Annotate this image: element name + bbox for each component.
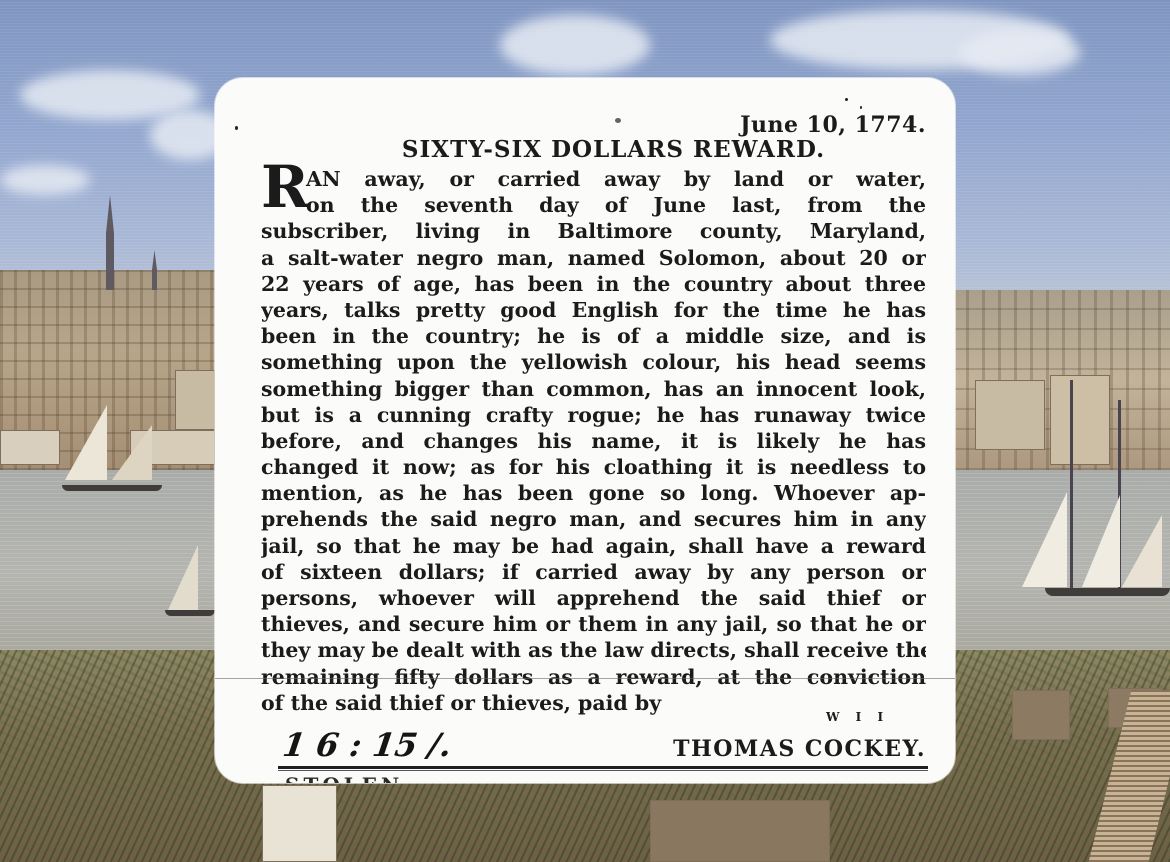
body-line: years, talks pretty good English for the…	[261, 297, 926, 323]
ink-speck	[860, 106, 862, 109]
body-line: thieves, and secure him or them in any j…	[261, 611, 926, 637]
ship-hull	[165, 610, 215, 616]
cloud	[500, 15, 650, 75]
body-line: AN away, or carried away by land or wate…	[261, 166, 926, 192]
sail	[112, 425, 152, 480]
handwritten-note: 1 6 : 15 /.	[280, 726, 454, 764]
body-line: before, and changes his name, it is like…	[261, 428, 926, 454]
body-line: subscriber, living in Baltimore county, …	[261, 218, 926, 244]
warehouse-roof	[650, 800, 830, 862]
margin-mark: W I I	[826, 710, 889, 724]
signer-name: THOMAS COCKEY.	[673, 736, 926, 762]
sail	[65, 405, 107, 480]
body-line: 22 years of age, has been in the country…	[261, 271, 926, 297]
ship-hull	[1045, 588, 1170, 596]
cloud	[960, 30, 1080, 75]
paddle-steamer	[0, 430, 60, 465]
body-line: persons, whoever will apprehend the said…	[261, 585, 926, 611]
headline: SIXTY-SIX DOLLARS REWARD.	[261, 136, 926, 163]
body-line: mention, as he has been gone so long. Wh…	[261, 480, 926, 506]
newspaper-clipping: June 10, 1774. SIXTY-SIX DOLLARS REWARD.…	[215, 78, 955, 783]
ink-speck	[235, 126, 238, 130]
sail	[1122, 515, 1162, 587]
next-advertisement-fragment: STOLEN	[285, 772, 403, 783]
body-line: they may be dealt with as the law direct…	[261, 637, 926, 663]
cloud	[0, 165, 90, 195]
ink-speck	[845, 98, 848, 101]
body-line: remaining fifty dollars as a reward, at …	[261, 664, 926, 690]
sail	[1022, 492, 1067, 587]
signature-row: 1 6 : 15 /. THOMAS COCKEY.	[261, 726, 926, 766]
body-line: jail, so that he may be had again, shall…	[261, 533, 926, 559]
body-line: something upon the yellowish colour, his…	[261, 349, 926, 375]
shed	[262, 785, 337, 862]
advertisement-divider-rule	[278, 770, 928, 771]
column-fold-line	[215, 678, 955, 679]
body-line: a salt-water negro man, named Solomon, a…	[261, 245, 926, 271]
building	[975, 380, 1045, 450]
advertisement-divider-rule	[278, 766, 928, 769]
body-line: prehends the said negro man, and secures…	[261, 506, 926, 532]
body-line: of sixteen dollars; if carried away by a…	[261, 559, 926, 585]
body-line: but is a cunning crafty rogue; he has ru…	[261, 402, 926, 428]
chimney-stack	[1012, 690, 1070, 740]
body-line: been in the country; he is of a middle s…	[261, 323, 926, 349]
sail	[168, 545, 198, 610]
ship-hull	[62, 485, 162, 491]
body-line: something bigger than common, has an inn…	[261, 376, 926, 402]
advertisement-body: AN away, or carried away by land or wate…	[261, 166, 926, 716]
building	[175, 370, 215, 430]
body-line: changed it now; as for his cloathing it …	[261, 454, 926, 480]
body-line: on the seventh day of June last, from th…	[261, 192, 926, 218]
dateline: June 10, 1774.	[261, 112, 926, 138]
sail	[1082, 495, 1120, 587]
building	[1050, 375, 1110, 465]
ship-mast	[1070, 380, 1073, 590]
